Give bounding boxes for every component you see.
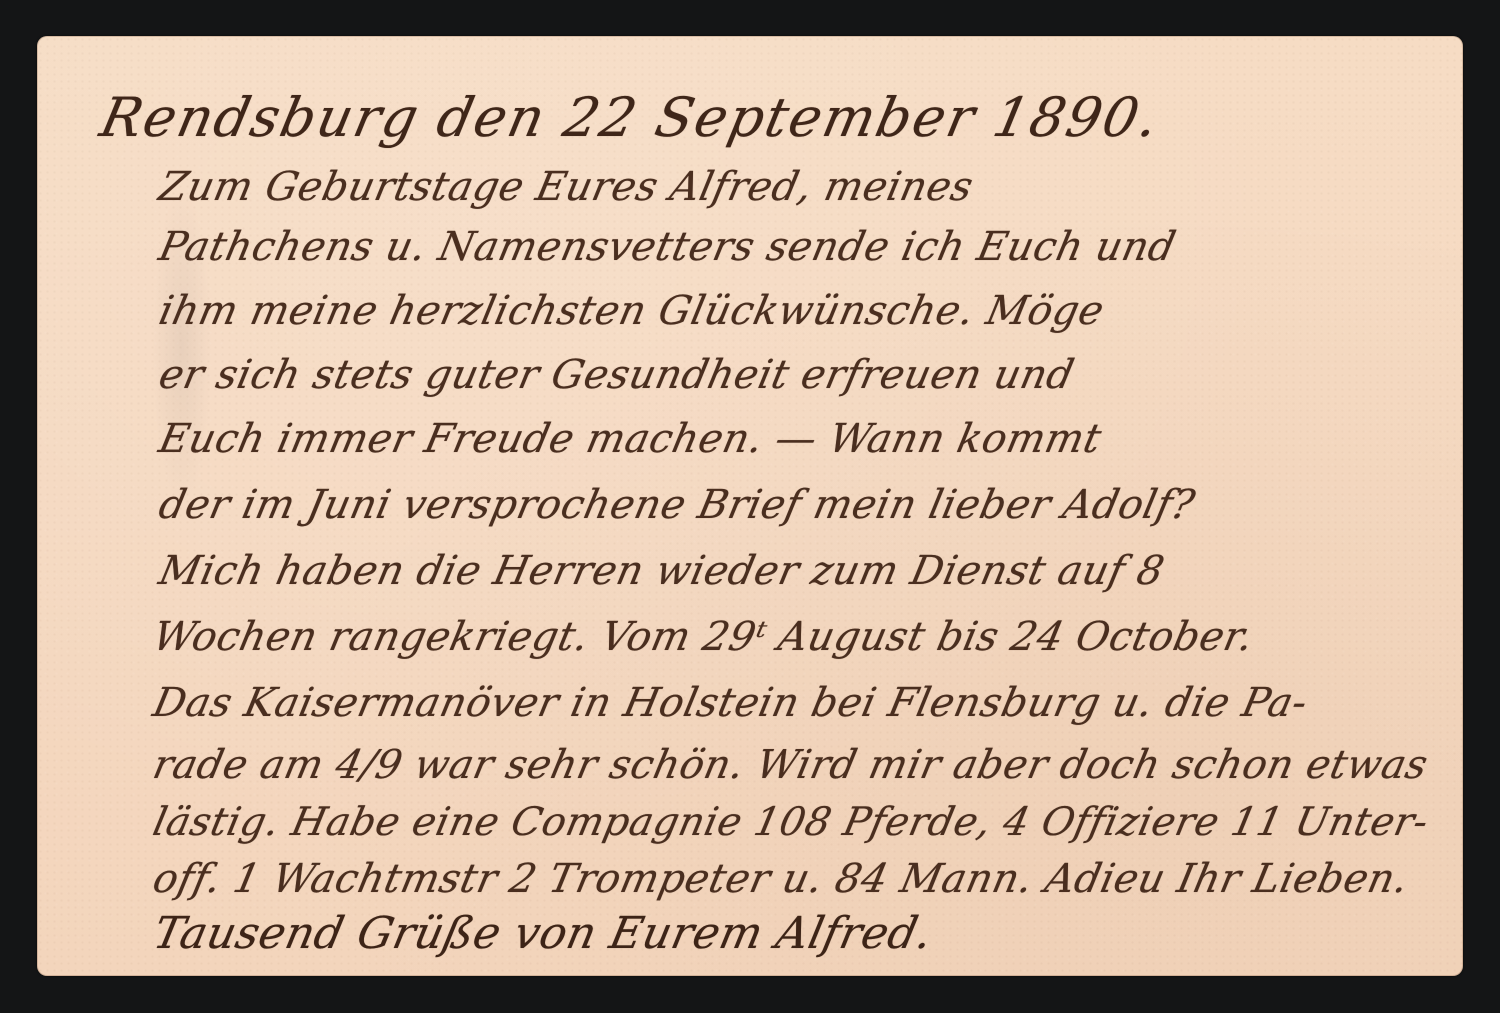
letter-line-9: Das Kaisermanöver in Holstein bei Flensb… bbox=[149, 680, 1312, 726]
letter-line-4: er sich stets guter Gesundheit erfreuen … bbox=[155, 352, 1078, 398]
letter-line-11: lästig. Habe eine Compagnie 108 Pferde, … bbox=[149, 800, 1432, 845]
letter-line-8: Wochen rangekriegt. Vom 29ᵗ August bis 2… bbox=[149, 614, 1258, 660]
letter-line-12: off. 1 Wachtmstr 2 Trompeter u. 84 Mann.… bbox=[149, 856, 1413, 902]
letter-line-3: ihm meine herzlichsten Glückwünsche. Mög… bbox=[155, 288, 1108, 334]
letter-line-7: Mich haben die Herren wieder zum Dienst … bbox=[155, 548, 1168, 594]
scanned-postcard: Rendsburg den 22 September 1890. Zum Geb… bbox=[0, 0, 1500, 1013]
letter-line-10: rade am 4/9 war sehr schön. Wird mir abe… bbox=[149, 742, 1432, 788]
postcard-paper: Rendsburg den 22 September 1890. Zum Geb… bbox=[37, 36, 1463, 976]
letter-line-1: Zum Geburtstage Eures Alfred, meines bbox=[155, 164, 977, 210]
letter-line-6: der im Juni versprochene Brief mein lieb… bbox=[155, 482, 1199, 528]
letter-line-5: Euch immer Freude machen. — Wann kommt bbox=[155, 416, 1106, 462]
letter-line-2: Pathchens u. Namensvetters sende ich Euc… bbox=[155, 224, 1180, 270]
date-heading: Rendsburg den 22 September 1890. bbox=[95, 86, 1166, 149]
closing-signature: Tausend Grüße von Eurem Alfred. bbox=[149, 908, 937, 959]
